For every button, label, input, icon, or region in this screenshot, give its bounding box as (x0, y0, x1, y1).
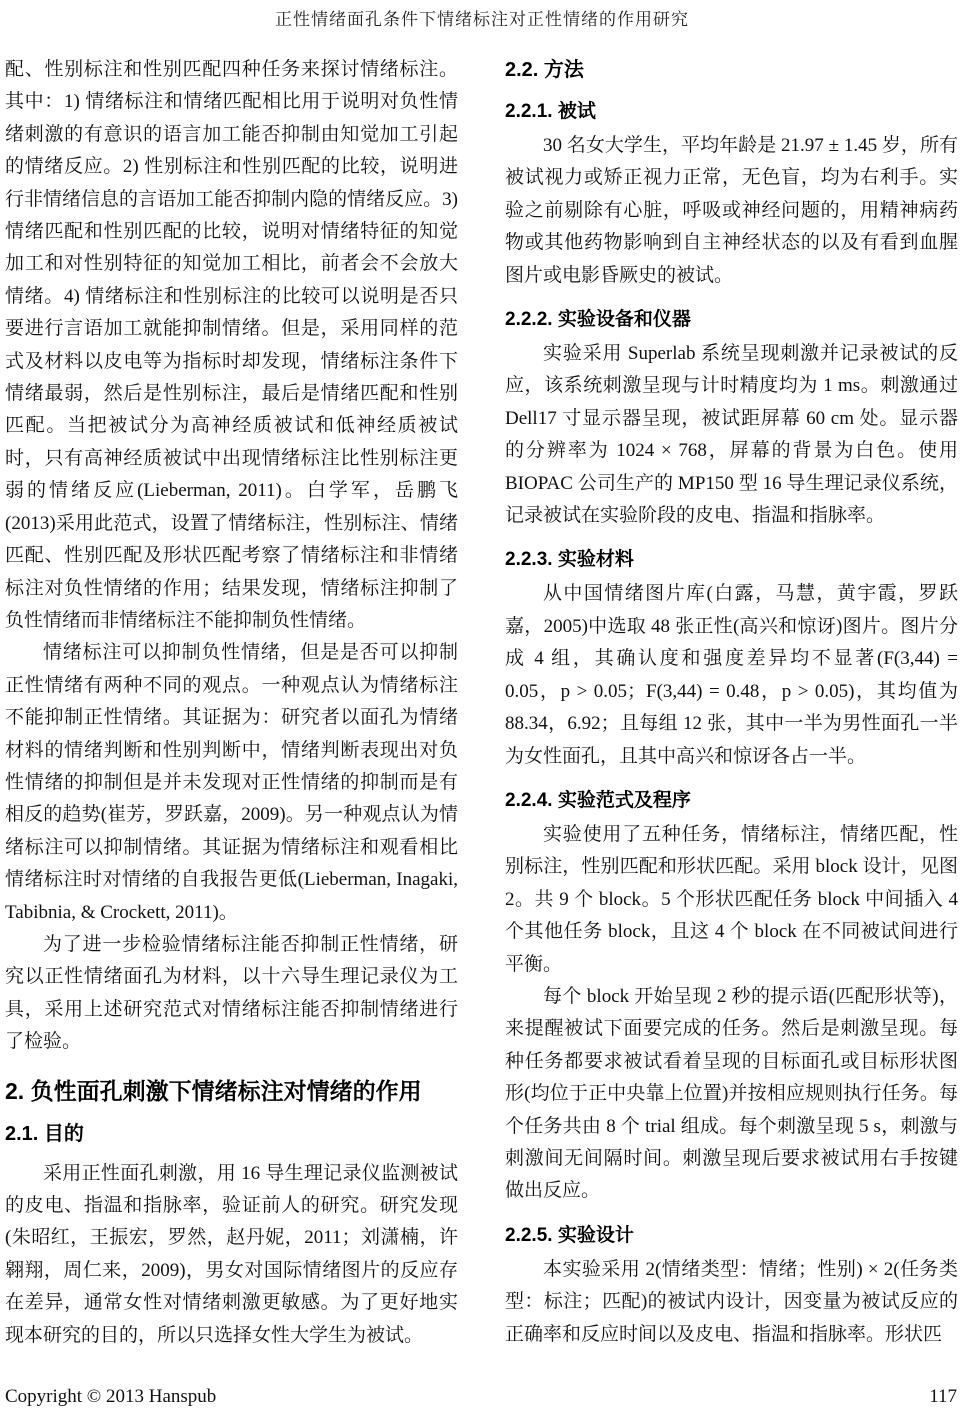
left-column: 配、性别标注和性别匹配四种任务来探讨情绪标注。其中：1) 情绪标注和情绪匹配相比… (5, 54, 458, 1352)
section-2-2-heading: 2.2. 方法 (505, 56, 958, 84)
paragraph-purpose: 采用正性面孔刺激，用 16 导生理记录仪监测被试的皮电、指温和指脉率，验证前人的… (5, 1158, 458, 1352)
paragraph-design: 本实验采用 2(情绪类型：情绪；性别) × 2(任务类型：标注；匹配)的被试内设… (505, 1254, 958, 1351)
paragraph-materials: 从中国情绪图片库(白露，马慧，黄宇霞，罗跃嘉，2005)中选取 48 张正性(高… (505, 578, 958, 772)
section-2-2-3-heading: 2.2.3. 实验材料 (505, 546, 958, 573)
paragraph-task-comparison: 配、性别标注和性别匹配四种任务来探讨情绪标注。其中：1) 情绪标注和情绪匹配相比… (5, 54, 458, 637)
page-number: 117 (929, 1386, 957, 1408)
two-column-body: 配、性别标注和性别匹配四种任务来探讨情绪标注。其中：1) 情绪标注和情绪匹配相比… (5, 54, 958, 1352)
paragraph-participants: 30 名女大学生，平均年龄是 21.97 ± 1.45 岁，所有被试视力或矫正视… (505, 130, 958, 292)
section-2-heading: 2. 负性面孔刺激下情绪标注对情绪的作用 (5, 1075, 458, 1107)
section-2-2-1-heading: 2.2.1. 被试 (505, 98, 958, 125)
paragraph-two-viewpoints: 情绪标注可以抑制负性情绪，但是是否可以抑制正性情绪有两种不同的观点。一种观点认为… (5, 637, 458, 929)
copyright-notice: Copyright © 2013 Hanspub (5, 1386, 216, 1408)
right-column: 2.2. 方法 2.2.1. 被试 30 名女大学生，平均年龄是 21.97 ±… (505, 54, 958, 1352)
section-2-1-heading: 2.1. 目的 (5, 1120, 458, 1148)
paragraph-paradigm-1: 实验使用了五种任务，情绪标注，情绪匹配，性别标注，性别匹配和形状匹配。采用 bl… (505, 819, 958, 981)
section-2-2-4-heading: 2.2.4. 实验范式及程序 (505, 787, 958, 814)
section-2-2-2-heading: 2.2.2. 实验设备和仪器 (505, 306, 958, 333)
running-header-title: 正性情绪面孔条件下情绪标注对正性情绪的作用研究 (275, 10, 689, 29)
document-page: 正性情绪面孔条件下情绪标注对正性情绪的作用研究 配、性别标注和性别匹配四种任务来… (0, 0, 964, 1414)
section-2-2-5-heading: 2.2.5. 实验设计 (505, 1222, 958, 1249)
page-footer: Copyright © 2013 Hanspub 117 (5, 1386, 957, 1408)
running-header: 正性情绪面孔条件下情绪标注对正性情绪的作用研究 (0, 5, 964, 30)
paragraph-apparatus: 实验采用 Superlab 系统呈现刺激并记录被试的反应，该系统刺激呈现与计时精… (505, 338, 958, 532)
paragraph-study-intro: 为了进一步检验情绪标注能否抑制正性情绪，研究以正性情绪面孔为材料，以十六导生理记… (5, 929, 458, 1059)
paragraph-paradigm-2: 每个 block 开始呈现 2 秒的提示语(匹配形状等)，来提醒被试下面要完成的… (505, 981, 958, 1208)
